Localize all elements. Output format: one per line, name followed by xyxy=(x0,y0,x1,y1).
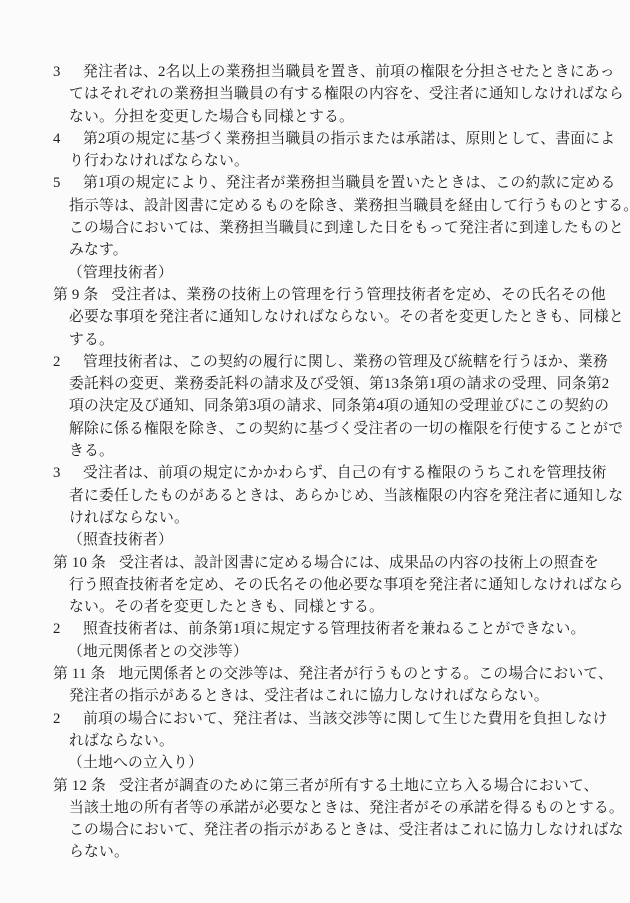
line-text: てはそれぞれの業務担当職員の有する権限の内容を、受注者に通知しなければなら xyxy=(69,86,624,102)
line-text: 管理技術者は、この契約の履行に関し、業務の管理及び統轄を行うほか、業務 xyxy=(83,354,608,370)
text-line: 2管理技術者は、この契約の履行に関し、業務の管理及び統轄を行うほか、業務 xyxy=(53,351,596,373)
paragraph-number: 2 xyxy=(53,351,83,373)
line-text: 第1項の規定により、発注者が業務担当職員を置いたときは、この約款に定める xyxy=(83,175,616,191)
text-line: 者に委任したものがあるときは、あらかじめ、当該権限の内容を発注者に通知しな xyxy=(53,485,596,507)
line-text: （管理技術者） xyxy=(68,265,173,281)
text-line: ない。分担を変更した場合も同様とする。 xyxy=(53,106,596,128)
text-line: 第 9 条受注者は、業務の技術上の管理を行う管理技術者を定め、その氏名その他 xyxy=(53,284,596,306)
line-text: ればならない。 xyxy=(69,733,174,749)
paragraph-number: 4 xyxy=(53,128,83,150)
text-line: 指示等は、設計図書に定めるものを除き、業務担当職員を経由して行うものとする。 xyxy=(53,195,596,217)
line-text: （照査技術者） xyxy=(68,532,173,548)
document-page: 3発注者は、2名以上の業務担当職員を置き、前項の権限を分担させたときにあっ ては… xyxy=(0,0,630,903)
text-line: 第 10 条受注者は、設計図書に定める場合には、成果品の内容の技術上の照査を xyxy=(53,552,596,574)
text-line: 4第2項の規定に基づく業務担当職員の指示または承諾は、原則として、書面によ xyxy=(53,128,596,150)
article-number: 第 12 条 xyxy=(53,775,106,797)
text-line: 第 11 条地元関係者との交渉等は、発注者が行うものとする。この場合において、 xyxy=(53,663,596,685)
text-line: この場合においては、業務担当職員に到達した日をもって発注者に到達したものと xyxy=(53,217,596,239)
line-text: 者に委任したものがあるときは、あらかじめ、当該権限の内容を発注者に通知しな xyxy=(69,488,623,504)
text-line: する。 xyxy=(53,329,596,351)
line-text: 委託料の変更、業務委託料の請求及び受領、第13条第1項の請求の受理、同条第2 xyxy=(69,376,609,392)
section-heading: （照査技術者） xyxy=(53,529,596,551)
text-line: 行う照査技術者を定め、その氏名その他必要な事項を発注者に通知しなければなら xyxy=(53,574,596,596)
article-number: 第 9 条 xyxy=(53,284,98,306)
text-line: 当該土地の所有者等の承諾が必要なときは、発注者がその承諾を得るものとする。 xyxy=(53,797,596,819)
line-text: 第2項の規定に基づく業務担当職員の指示または承諾は、原則として、書面によ xyxy=(83,131,615,147)
text-line: り行わなければならない。 xyxy=(53,150,596,172)
text-line: 第 12 条受注者が調査のために第三者が所有する土地に立ち入る場合において、 xyxy=(53,775,596,797)
text-line: みなす。 xyxy=(53,239,596,261)
line-text: 照査技術者は、前条第1項に規定する管理技術者を兼ねることができない。 xyxy=(83,621,586,637)
text-line: 3受注者は、前項の規定にかかわらず、自己の有する権限のうちこれを管理技術 xyxy=(53,462,596,484)
text-line: 必要な事項を発注者に通知しなければならない。その者を変更したときも、同様と xyxy=(53,306,596,328)
line-text: り行わなければならない。 xyxy=(69,153,249,169)
text-line: この場合において、発注者の指示があるときは、受注者はこれに協力しなければな xyxy=(53,819,596,841)
text-line: 項の決定及び通知、同条第3項の請求、同条第4項の通知の受理並びにこの契約の xyxy=(53,395,596,417)
section-heading: （管理技術者） xyxy=(53,262,596,284)
line-text: 発注者の指示があるときは、受注者はこれに協力しなければならない。 xyxy=(69,688,549,704)
line-text: 前項の場合において、発注者は、当該交渉等に関して生じた費用を負担しなけ xyxy=(83,711,608,727)
line-text: ない。分担を変更した場合も同様とする。 xyxy=(69,109,354,125)
text-line: 3発注者は、2名以上の業務担当職員を置き、前項の権限を分担させたときにあっ xyxy=(53,61,596,83)
line-text: 受注者は、業務の技術上の管理を行う管理技術者を定め、その氏名その他 xyxy=(111,287,605,303)
text-line: らない。 xyxy=(53,841,596,863)
line-text: 受注者が調査のために第三者が所有する土地に立ち入る場合において、 xyxy=(119,778,599,794)
line-text: らない。 xyxy=(69,844,129,860)
line-text: 受注者は、前項の規定にかかわらず、自己の有する権限のうちこれを管理技術 xyxy=(83,465,607,481)
paragraph-number: 2 xyxy=(53,618,83,640)
line-text: 地元関係者との交渉等は、発注者が行うものとする。この場合において、 xyxy=(118,666,613,682)
line-text: 必要な事項を発注者に通知しなければならない。その者を変更したときも、同様と xyxy=(69,309,624,325)
article-number: 第 10 条 xyxy=(53,552,106,574)
text-line: てはそれぞれの業務担当職員の有する権限の内容を、受注者に通知しなければなら xyxy=(53,83,596,105)
paragraph-number: 3 xyxy=(53,61,83,83)
line-text: （土地への立入り） xyxy=(68,755,203,771)
line-text: きる。 xyxy=(69,443,114,459)
section-heading: （土地への立入り） xyxy=(53,752,596,774)
article-number: 第 11 条 xyxy=(53,663,105,685)
line-text: 解除に係る権限を除き、この契約に基づく受注者の一切の権限を行使することがで xyxy=(69,421,623,437)
line-text: この場合において、発注者の指示があるときは、受注者はこれに協力しなければな xyxy=(69,822,624,838)
line-text: 項の決定及び通知、同条第3項の請求、同条第4項の通知の受理並びにこの契約の xyxy=(69,398,609,414)
line-text: する。 xyxy=(69,332,114,348)
text-line: 委託料の変更、業務委託料の請求及び受領、第13条第1項の請求の受理、同条第2 xyxy=(53,373,596,395)
line-text: 受注者は、設計図書に定める場合には、成果品の内容の技術上の照査を xyxy=(119,555,599,571)
line-text: 当該土地の所有者等の承諾が必要なときは、発注者がその承諾を得るものとする。 xyxy=(69,800,624,816)
line-text: 発注者は、2名以上の業務担当職員を置き、前項の権限を分担させたときにあっ xyxy=(83,64,615,80)
line-text: みなす。 xyxy=(69,242,128,258)
text-line: ない。その者を変更したときも、同様とする。 xyxy=(53,596,596,618)
paragraph-number: 3 xyxy=(53,462,83,484)
text-line: 2前項の場合において、発注者は、当該交渉等に関して生じた費用を負担しなけ xyxy=(53,708,596,730)
line-text: ない。その者を変更したときも、同様とする。 xyxy=(69,599,384,615)
section-heading: （地元関係者との交渉等） xyxy=(53,641,596,663)
line-text: ければならない。 xyxy=(69,510,189,526)
text-line: 5第1項の規定により、発注者が業務担当職員を置いたときは、この約款に定める xyxy=(53,172,596,194)
line-text: この場合においては、業務担当職員に到達した日をもって発注者に到達したものと xyxy=(69,220,624,236)
line-text: 行う照査技術者を定め、その氏名その他必要な事項を発注者に通知しなければなら xyxy=(69,577,623,593)
text-line: ければならない。 xyxy=(53,507,596,529)
text-line: 解除に係る権限を除き、この契約に基づく受注者の一切の権限を行使することがで xyxy=(53,418,596,440)
text-line: 2照査技術者は、前条第1項に規定する管理技術者を兼ねることができない。 xyxy=(53,618,596,640)
paragraph-number: 5 xyxy=(53,172,83,194)
line-text: （地元関係者との交渉等） xyxy=(68,644,248,660)
paragraph-number: 2 xyxy=(53,708,83,730)
line-text: 指示等は、設計図書に定めるものを除き、業務担当職員を経由して行うものとする。 xyxy=(69,198,630,214)
text-line: 発注者の指示があるときは、受注者はこれに協力しなければならない。 xyxy=(53,685,596,707)
text-line: きる。 xyxy=(53,440,596,462)
text-line: ればならない。 xyxy=(53,730,596,752)
